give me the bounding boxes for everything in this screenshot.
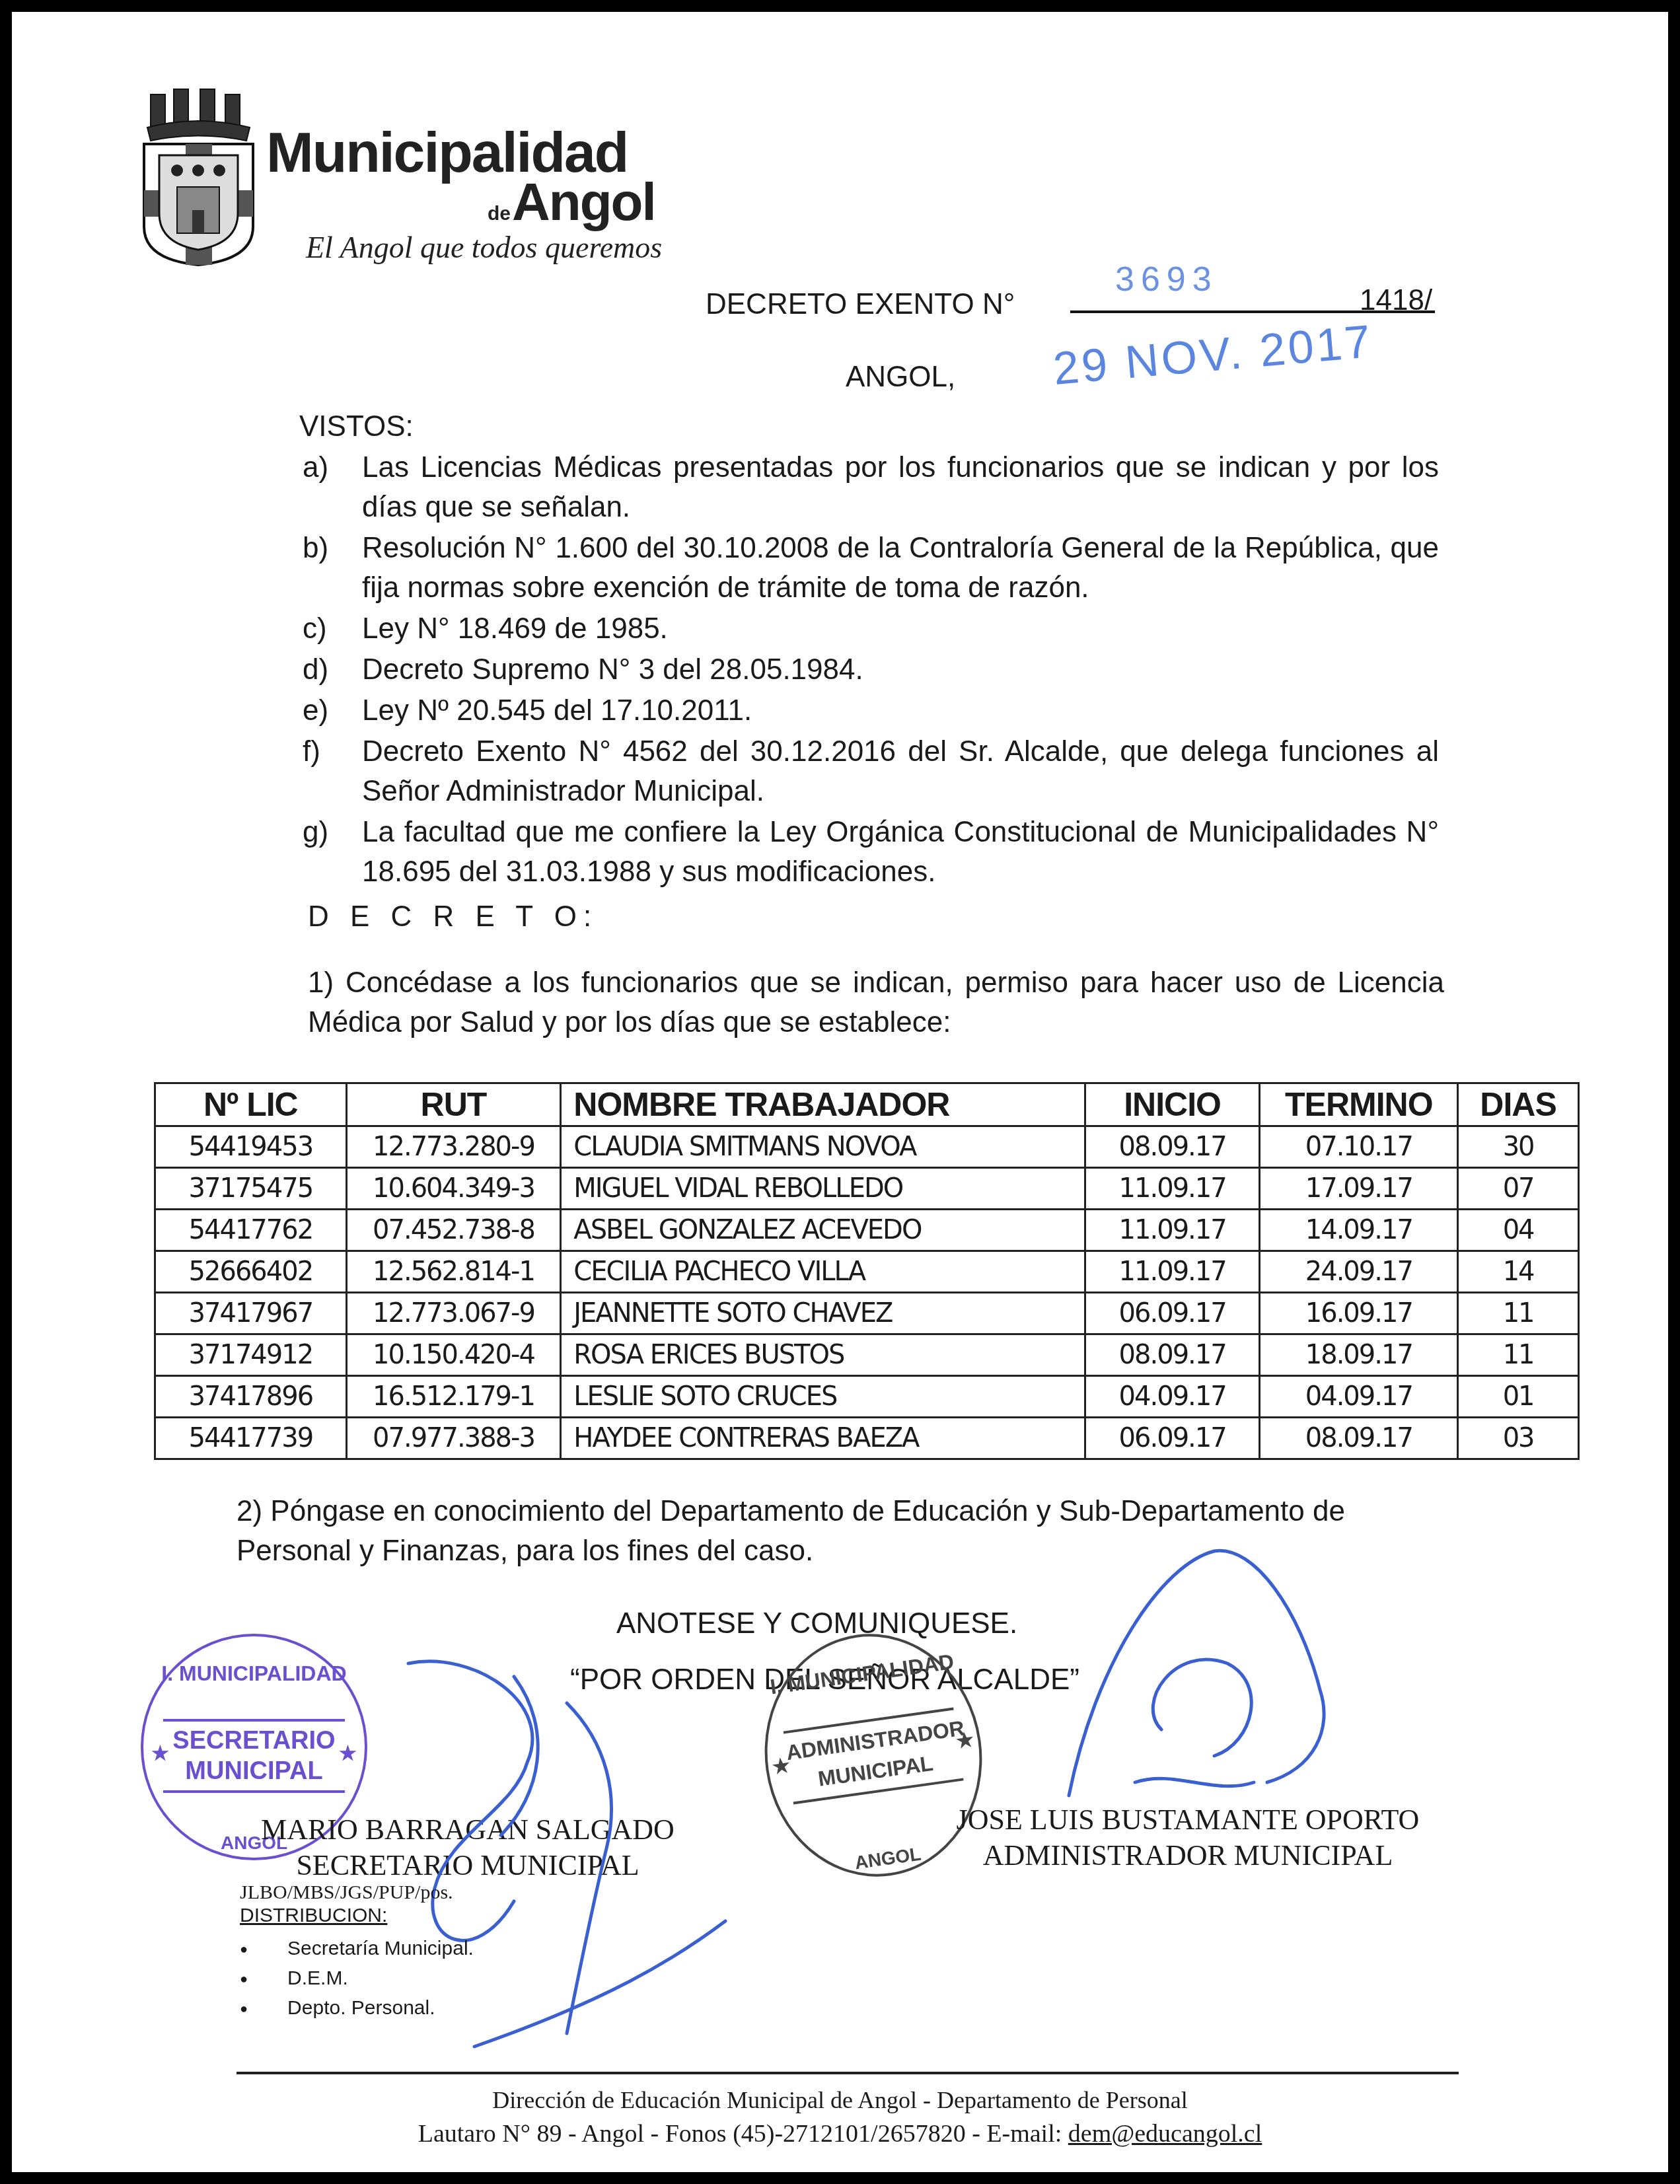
table-cell: 08.09.17: [1260, 1418, 1458, 1459]
table-cell: CECILIA PACHECO VILLA: [561, 1251, 1085, 1293]
table-cell: 14.09.17: [1260, 1210, 1458, 1251]
vistos-item-label: f): [303, 732, 320, 772]
place-label: ANGOL,: [846, 361, 955, 394]
signer-name: MARIO BARRAGAN SALGADO: [230, 1812, 706, 1848]
brand-de: de: [488, 203, 511, 225]
table-cell: 11: [1458, 1334, 1579, 1376]
table-cell: 03: [1458, 1418, 1579, 1459]
brand-city: deAngol: [488, 176, 655, 229]
table-row: 5441945312.773.280-9CLAUDIA SMITMANS NOV…: [155, 1126, 1579, 1168]
table-cell: 08.09.17: [1085, 1334, 1260, 1376]
table-cell: 12.773.280-9: [346, 1126, 561, 1168]
vistos-item-text: Decreto Exento N° 4562 del 30.12.2016 de…: [362, 732, 1439, 811]
column-header: TERMINO: [1260, 1083, 1458, 1126]
table-row: 5441773907.977.388-3HAYDEE CONTRERAS BAE…: [155, 1418, 1579, 1459]
anotese-line: ANOTESE Y COMUNIQUESE.: [616, 1607, 1017, 1640]
initials-reference: JLBO/MBS/JGS/PUP/pos.: [240, 1881, 453, 1904]
table-cell: 07: [1458, 1168, 1579, 1210]
stamp-arc-text: I. MUNICIPALIDAD: [143, 1661, 365, 1686]
slogan: El Angol que todos queremos: [306, 230, 662, 265]
table-cell: 16.09.17: [1260, 1293, 1458, 1334]
stamp-arc-text: I. MUNICIPALIDAD: [756, 1648, 968, 1701]
distribution-title: DISTRIBUCION:: [240, 1905, 387, 1927]
decreto-point-1: 1) Concédase a los funcionarios que se i…: [308, 963, 1444, 1042]
table-cell: 14: [1458, 1251, 1579, 1293]
vistos-item: a)Las Licencias Médicas presentadas por …: [303, 448, 1439, 527]
vistos-item-label: d): [303, 650, 328, 690]
table-cell: JEANNETTE SOTO CHAVEZ: [561, 1293, 1085, 1334]
date-stamp: 29 NOV. 2017: [1051, 314, 1375, 395]
distribution-item: Secretaría Municipal.: [240, 1934, 474, 1964]
table-row: 3741789616.512.179-1LESLIE SOTO CRUCES04…: [155, 1376, 1579, 1418]
column-header: INICIO: [1085, 1083, 1260, 1126]
vistos-item-label: g): [303, 813, 328, 852]
table-cell: 06.09.17: [1085, 1418, 1260, 1459]
table-cell: 04.09.17: [1085, 1376, 1260, 1418]
stamp-role: SECRETARIOMUNICIPAL: [163, 1719, 345, 1793]
column-header: RUT: [346, 1083, 561, 1126]
vistos-item: b)Resolución N° 1.600 del 30.10.2008 de …: [303, 528, 1439, 608]
table-cell: LESLIE SOTO CRUCES: [561, 1376, 1085, 1418]
table-cell: 07.977.388-3: [346, 1418, 561, 1459]
table-cell: 10.150.420-4: [346, 1334, 561, 1376]
table-cell: 11.09.17: [1085, 1251, 1260, 1293]
table-cell: 07.452.738-8: [346, 1210, 561, 1251]
signer-name: JOSE LUIS BUSTAMANTE OPORTO: [891, 1802, 1485, 1838]
star-icon: ★: [955, 1728, 976, 1753]
table-cell: 24.09.17: [1260, 1251, 1458, 1293]
table-cell: 11.09.17: [1085, 1168, 1260, 1210]
table-cell: 07.10.17: [1260, 1126, 1458, 1168]
table-row: 5441776207.452.738-8ASBEL GONZALEZ ACEVE…: [155, 1210, 1579, 1251]
table-cell: HAYDEE CONTRERAS BAEZA: [561, 1418, 1085, 1459]
table-cell: 17.09.17: [1260, 1168, 1458, 1210]
footer-divider: [237, 2072, 1459, 2074]
table-cell: ASBEL GONZALEZ ACEVEDO: [561, 1210, 1085, 1251]
table-row: 3717547510.604.349-3MIGUEL VIDAL REBOLLE…: [155, 1168, 1579, 1210]
table-cell: 52666402: [155, 1251, 347, 1293]
table-cell: 18.09.17: [1260, 1334, 1458, 1376]
table-cell: 04: [1458, 1210, 1579, 1251]
column-header: DIAS: [1458, 1083, 1579, 1126]
vistos-item-label: e): [303, 691, 328, 731]
license-table: Nº LICRUTNOMBRE TRABAJADORINICIOTERMINOD…: [154, 1082, 1580, 1460]
table-cell: 37174912: [155, 1334, 347, 1376]
stamp-role: ADMINISTRADORMUNICIPAL: [784, 1707, 964, 1804]
table-cell: 37417967: [155, 1293, 347, 1334]
table-cell: 37175475: [155, 1168, 347, 1210]
signature-block-secretario: MARIO BARRAGAN SALGADO SECRETARIO MUNICI…: [230, 1812, 706, 1883]
table-cell: 30: [1458, 1126, 1579, 1168]
decree-page: Municipalidad deAngol El Angol que todos…: [12, 12, 1668, 2172]
vistos-item-text: Ley N° 18.469 de 1985.: [362, 609, 1439, 649]
distribution-item: Depto. Personal.: [240, 1994, 474, 2023]
vistos-item-label: c): [303, 609, 327, 649]
footer-email-link[interactable]: dem@educangol.cl: [1068, 2120, 1262, 2148]
table-cell: 11: [1458, 1293, 1579, 1334]
column-header: NOMBRE TRABAJADOR: [561, 1083, 1085, 1126]
stamp-role-line2: MUNICIPAL: [163, 1756, 345, 1786]
decree-label: DECRETO EXENTO N°: [706, 288, 1015, 321]
vistos-item-label: b): [303, 528, 328, 568]
table-cell: 54417762: [155, 1210, 347, 1251]
decree-number-stamp: 3693: [1115, 260, 1218, 299]
table-cell: 11.09.17: [1085, 1210, 1260, 1251]
decree-number-suffix: 1418/: [1360, 284, 1432, 317]
table-row: 3741796712.773.067-9JEANNETTE SOTO CHAVE…: [155, 1293, 1579, 1334]
table-header-row: Nº LICRUTNOMBRE TRABAJADORINICIOTERMINOD…: [155, 1083, 1579, 1126]
table-cell: 08.09.17: [1085, 1126, 1260, 1168]
table-cell: MIGUEL VIDAL REBOLLEDO: [561, 1168, 1085, 1210]
table-cell: 01: [1458, 1376, 1579, 1418]
vistos-item-text: La facultad que me confiere la Ley Orgán…: [362, 813, 1439, 892]
distribution-item: D.E.M.: [240, 1964, 474, 1994]
table-cell: ROSA ERICES BUSTOS: [561, 1334, 1085, 1376]
footer-address: Lautaro N° 89 - Angol - Fonos (45)-27121…: [418, 2120, 1062, 2148]
table-cell: 37417896: [155, 1376, 347, 1418]
stamp-role-line1: SECRETARIO: [163, 1726, 345, 1756]
table-cell: 54419453: [155, 1126, 347, 1168]
footer-department: Dirección de Educación Municipal de Ango…: [12, 2086, 1668, 2114]
table-cell: 10.604.349-3: [346, 1168, 561, 1210]
table-cell: 12.773.067-9: [346, 1293, 561, 1334]
vistos-item: c)Ley N° 18.469 de 1985.: [303, 609, 1439, 649]
signer-title: ADMINISTRADOR MUNICIPAL: [891, 1838, 1485, 1874]
table-cell: 04.09.17: [1260, 1376, 1458, 1418]
signature-block-administrador: JOSE LUIS BUSTAMANTE OPORTO ADMINISTRADO…: [891, 1802, 1485, 1874]
table-row: 3717491210.150.420-4ROSA ERICES BUSTOS08…: [155, 1334, 1579, 1376]
table-cell: 16.512.179-1: [346, 1376, 561, 1418]
table-body: 5441945312.773.280-9CLAUDIA SMITMANS NOV…: [155, 1126, 1579, 1459]
vistos-item-text: Las Licencias Médicas presentadas por lo…: [362, 448, 1439, 527]
brand-city-name: Angol: [512, 172, 655, 231]
column-header: Nº LIC: [155, 1083, 347, 1126]
star-icon: ★: [339, 1742, 357, 1765]
vistos-item: f)Decreto Exento N° 4562 del 30.12.2016 …: [303, 732, 1439, 811]
decreto-title: D E C R E T O:: [308, 897, 598, 937]
table-row: 5266640212.562.814-1CECILIA PACHECO VILL…: [155, 1251, 1579, 1293]
decreto-point-2: 2) Póngase en conocimiento del Departame…: [237, 1492, 1459, 1571]
table-cell: CLAUDIA SMITMANS NOVOA: [561, 1126, 1085, 1168]
coat-of-arms-icon: [141, 81, 256, 266]
table-cell: 12.562.814-1: [346, 1251, 561, 1293]
distribution-list: Secretaría Municipal.D.E.M.Depto. Person…: [240, 1934, 474, 2023]
table-cell: 54417739: [155, 1418, 347, 1459]
vistos-item-text: Decreto Supremo N° 3 del 28.05.1984.: [362, 650, 1439, 690]
footer-contact: Lautaro N° 89 - Angol - Fonos (45)-27121…: [12, 2119, 1668, 2148]
vistos-item: e)Ley Nº 20.545 del 17.10.2011.: [303, 691, 1439, 731]
signer-title: SECRETARIO MUNICIPAL: [230, 1848, 706, 1883]
vistos-item-text: Ley Nº 20.545 del 17.10.2011.: [362, 691, 1439, 731]
vistos-item-label: a): [303, 448, 328, 488]
vistos-item: d)Decreto Supremo N° 3 del 28.05.1984.: [303, 650, 1439, 690]
vistos-item-text: Resolución N° 1.600 del 30.10.2008 de la…: [362, 528, 1439, 608]
vistos-item: g)La facultad que me confiere la Ley Org…: [303, 813, 1439, 892]
vistos-title: VISTOS:: [299, 407, 414, 447]
table-cell: 06.09.17: [1085, 1293, 1260, 1334]
